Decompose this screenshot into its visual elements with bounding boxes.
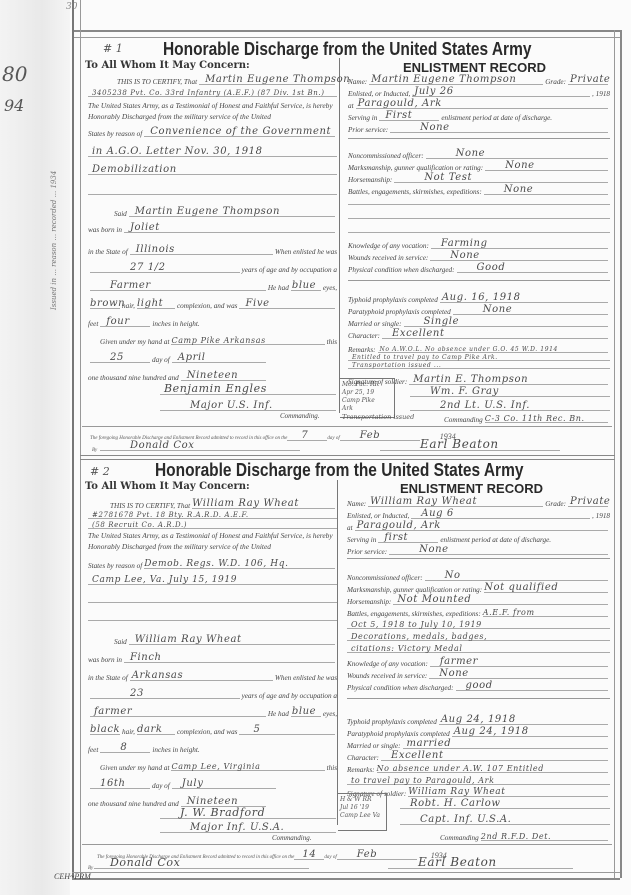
given-line: Given under my hand at Camp Lee, Virgini… [100, 760, 337, 772]
said-line: Said Martin Eugene Thompson [114, 206, 337, 218]
transport-stamp-box: Mo. Pac. RR Apr 25, 19 Camp Pike Ark [340, 378, 395, 418]
reason-line: States by reason of Convenience of the G… [88, 126, 337, 138]
officer-signature: Benjamin Engles [160, 384, 336, 395]
certify-line: THIS IS TO CERTIFY, That Martin Eugene T… [117, 74, 337, 86]
serving-line: Serving in first enlistment period at da… [347, 532, 610, 544]
transport-stamp-box: H & W RR Jul 16 '19 Camp Lee Va [338, 793, 387, 831]
officer-rank: Major U.S. Inf. [160, 400, 336, 411]
knowledge-line: Knowledge of any vocation: farmer [347, 656, 610, 668]
day-line: 25 day of April [88, 352, 268, 364]
deputy-signature: Donald Cox [100, 440, 300, 451]
age-line: 23 years of age and by occupation a [88, 688, 337, 700]
physical-line: Physical condition when discharged: Good [348, 262, 610, 274]
clerk-signature: Earl Beaton [380, 440, 560, 451]
rule [348, 280, 610, 281]
battles-line-2: Oct 5, 1918 to July 10, 1919 [347, 618, 610, 629]
serving-line: Serving in First enlistment period at da… [348, 110, 610, 122]
birthplace-line: was born in Finch [88, 652, 337, 664]
reason-line-2: in A.G.O. Letter Nov. 30, 1918 [88, 146, 337, 157]
page-frame-left [72, 0, 81, 880]
prior-service-line: Prior service: None [348, 122, 610, 134]
enlisted-date-line: Enlisted, or Inducted, Aug 6 , 19 18 [347, 508, 610, 520]
typhoid-line: Typhoid prophylaxis completed Aug 24, 19… [347, 714, 610, 726]
nco-line: Noncommissioned officer: No [347, 570, 610, 582]
deputy-signature: Donald Cox [94, 858, 309, 869]
rule [347, 698, 610, 699]
soldier-name: Martin Eugene Thompson [205, 74, 350, 85]
married-line: Married or single: married [347, 738, 610, 750]
salutation: To All Whom It May Concern: [85, 481, 250, 492]
marksmanship-line: Marksmanship, gunner qualification or ra… [347, 582, 610, 594]
transport-note: Transportation issued [342, 413, 414, 421]
enlisted-place-line: at Paragould, Ark [347, 520, 610, 532]
margin-number-top: 80 [2, 62, 27, 86]
paratyphoid-line: Paratyphoid prophylaxis completed None [348, 304, 610, 316]
battles-line-4 [348, 222, 610, 233]
character-line: Character: Excellent [347, 750, 610, 762]
commanding-label: Commanding. [280, 412, 319, 420]
salutation: To All Whom It May Concern: [85, 60, 250, 71]
year-line: one thousand nine hundred and Nineteen [88, 370, 268, 382]
reason-line-2: Camp Lee, Va. July 15, 1919 [88, 574, 337, 585]
officer-rank: Major Inf. U.S.A. [160, 822, 336, 833]
page-frame-top [72, 30, 620, 38]
reason-line-3 [88, 592, 337, 603]
record-title: Honorable Discharge from the United Stat… [155, 460, 523, 481]
record-title: Honorable Discharge from the United Stat… [163, 39, 531, 60]
second-officer-rank: 2nd Lt. U.S. Inf. [410, 400, 610, 411]
reason-line-4 [88, 184, 337, 195]
rule [82, 844, 612, 845]
battles-line: Battles, engagements, skirmishes, expedi… [347, 606, 610, 618]
married-line: Married or single: Single [348, 316, 610, 328]
hair-complexion-line: brown hair, light complexion, and was Fi… [88, 298, 337, 310]
page-frame-right [614, 30, 622, 878]
clerk-signature: Earl Beaton [388, 858, 573, 869]
testimonial-text: The United States Army, as a Testimonial… [88, 530, 338, 552]
battles-line-4: citations: Victory Medal [347, 642, 610, 653]
commanding-unit-line: Commanding 2nd R.F.D. Det. [440, 830, 610, 842]
nco-line: Noncommissioned officer: None [348, 148, 610, 160]
knowledge-line: Knowledge of any vocation: Farming [348, 238, 610, 250]
state-line: in the State of Illinois When enlisted h… [88, 244, 337, 256]
occupation-line: farmer He had blue eyes, [88, 706, 337, 718]
height-line: feet four inches in height. [88, 316, 248, 328]
second-officer-signature: Wm. F. Gray [410, 386, 610, 397]
by-label: By [92, 448, 97, 453]
age-line: 27 1/2 years of age and by occupation a [88, 262, 337, 274]
rule [82, 426, 612, 427]
battles-line-3 [348, 208, 610, 219]
commanding-label: Commanding. [272, 834, 311, 842]
enlist-name-line: Name: Martin Eugene Thompson Grade: Priv… [348, 74, 610, 86]
occupation-line: Farmer He had blue eyes, [88, 280, 337, 292]
rule [348, 138, 610, 139]
commanding-unit-line: Commanding C-3 Co. 11th Rec. Bn. [444, 412, 610, 424]
enlist-name-line: Name: William Ray Wheat Grade: Private [347, 496, 610, 508]
second-officer-rank: Capt. Inf. U.S.A. [400, 814, 610, 825]
reason-line-4 [88, 610, 337, 621]
wounds-line: Wounds received in service: None [348, 250, 610, 262]
hair-complexion-line: black hair, dark complexion, and was 5 [88, 724, 337, 736]
battles-line-2 [348, 194, 610, 205]
officer-signature: J. W. Bradford [160, 808, 336, 819]
by-label: By [88, 866, 93, 871]
prior-service-line: Prior service: None [347, 544, 610, 556]
second-officer-signature: Robt. H. Carlow [400, 798, 610, 809]
remarks-line: Remarks: No absence under A.W. 107 Entit… [347, 762, 610, 774]
character-line: Character: Excellent [348, 328, 610, 340]
given-line: Given under my hand at Camp Pike Arkansa… [100, 334, 337, 346]
marksmanship-line: Marksmanship, gunner qualification or ra… [348, 160, 610, 172]
reason-line: States by reason of Demob. Regs. W.D. 10… [88, 558, 337, 570]
rule [347, 558, 610, 559]
horsemanship-line: Horsemanship: Not Mounted [347, 594, 610, 606]
remarks-line-2: to travel pay to Paragould, Ark [347, 774, 610, 785]
serial-line: 3405238 Pvt. Co. 33rd Infantry (A.E.F.) … [88, 86, 337, 97]
said-line: Said William Ray Wheat [114, 634, 337, 646]
height-line: feet 8 inches in height. [88, 742, 248, 754]
scan-id-stamp: CEH~PRM [54, 872, 91, 881]
day-line: 16th day of July [88, 778, 278, 790]
reason-line-3: Demobilization [88, 164, 337, 175]
record-mark: # 1 [103, 42, 123, 55]
serial-line-2: (58 Recruit Co. A.R.D.) [88, 518, 337, 529]
horsemanship-line: Horsemanship: Not Test [348, 172, 610, 184]
margin-side-note: Issued in ... reason ... recorded ... 19… [50, 90, 64, 310]
paratyphoid-line: Paratyphoid prophylaxis completed Aug 24… [347, 726, 610, 738]
wounds-line: Wounds received in service: None [347, 668, 610, 680]
enlisted-place-line: at Paragould, Ark [348, 98, 610, 110]
remarks-line-3: Transportation issued ... [348, 358, 610, 369]
typhoid-line: Typhoid prophylaxis completed Aug. 16, 1… [348, 292, 610, 304]
enlistment-heading: ENLISTMENT RECORD [403, 60, 546, 75]
enlistment-heading: ENLISTMENT RECORD [400, 481, 543, 496]
page-frame-bottom [72, 872, 620, 880]
physical-line: Physical condition when discharged: good [347, 680, 610, 692]
state-line: in the State of Arkansas When enlisted h… [88, 670, 337, 682]
margin-number-bottom: 94 [4, 96, 24, 115]
testimonial-text: The United States Army, as a Testimonial… [88, 100, 338, 122]
birthplace-line: was born in Joliet [88, 222, 337, 234]
battles-line-3: Decorations, medals, badges, [347, 630, 610, 641]
enlisted-date-line: Enlisted, or Inducted, July 26 , 19 18 [348, 86, 610, 98]
record-mark: # 2 [90, 465, 110, 478]
column-divider [339, 58, 340, 413]
